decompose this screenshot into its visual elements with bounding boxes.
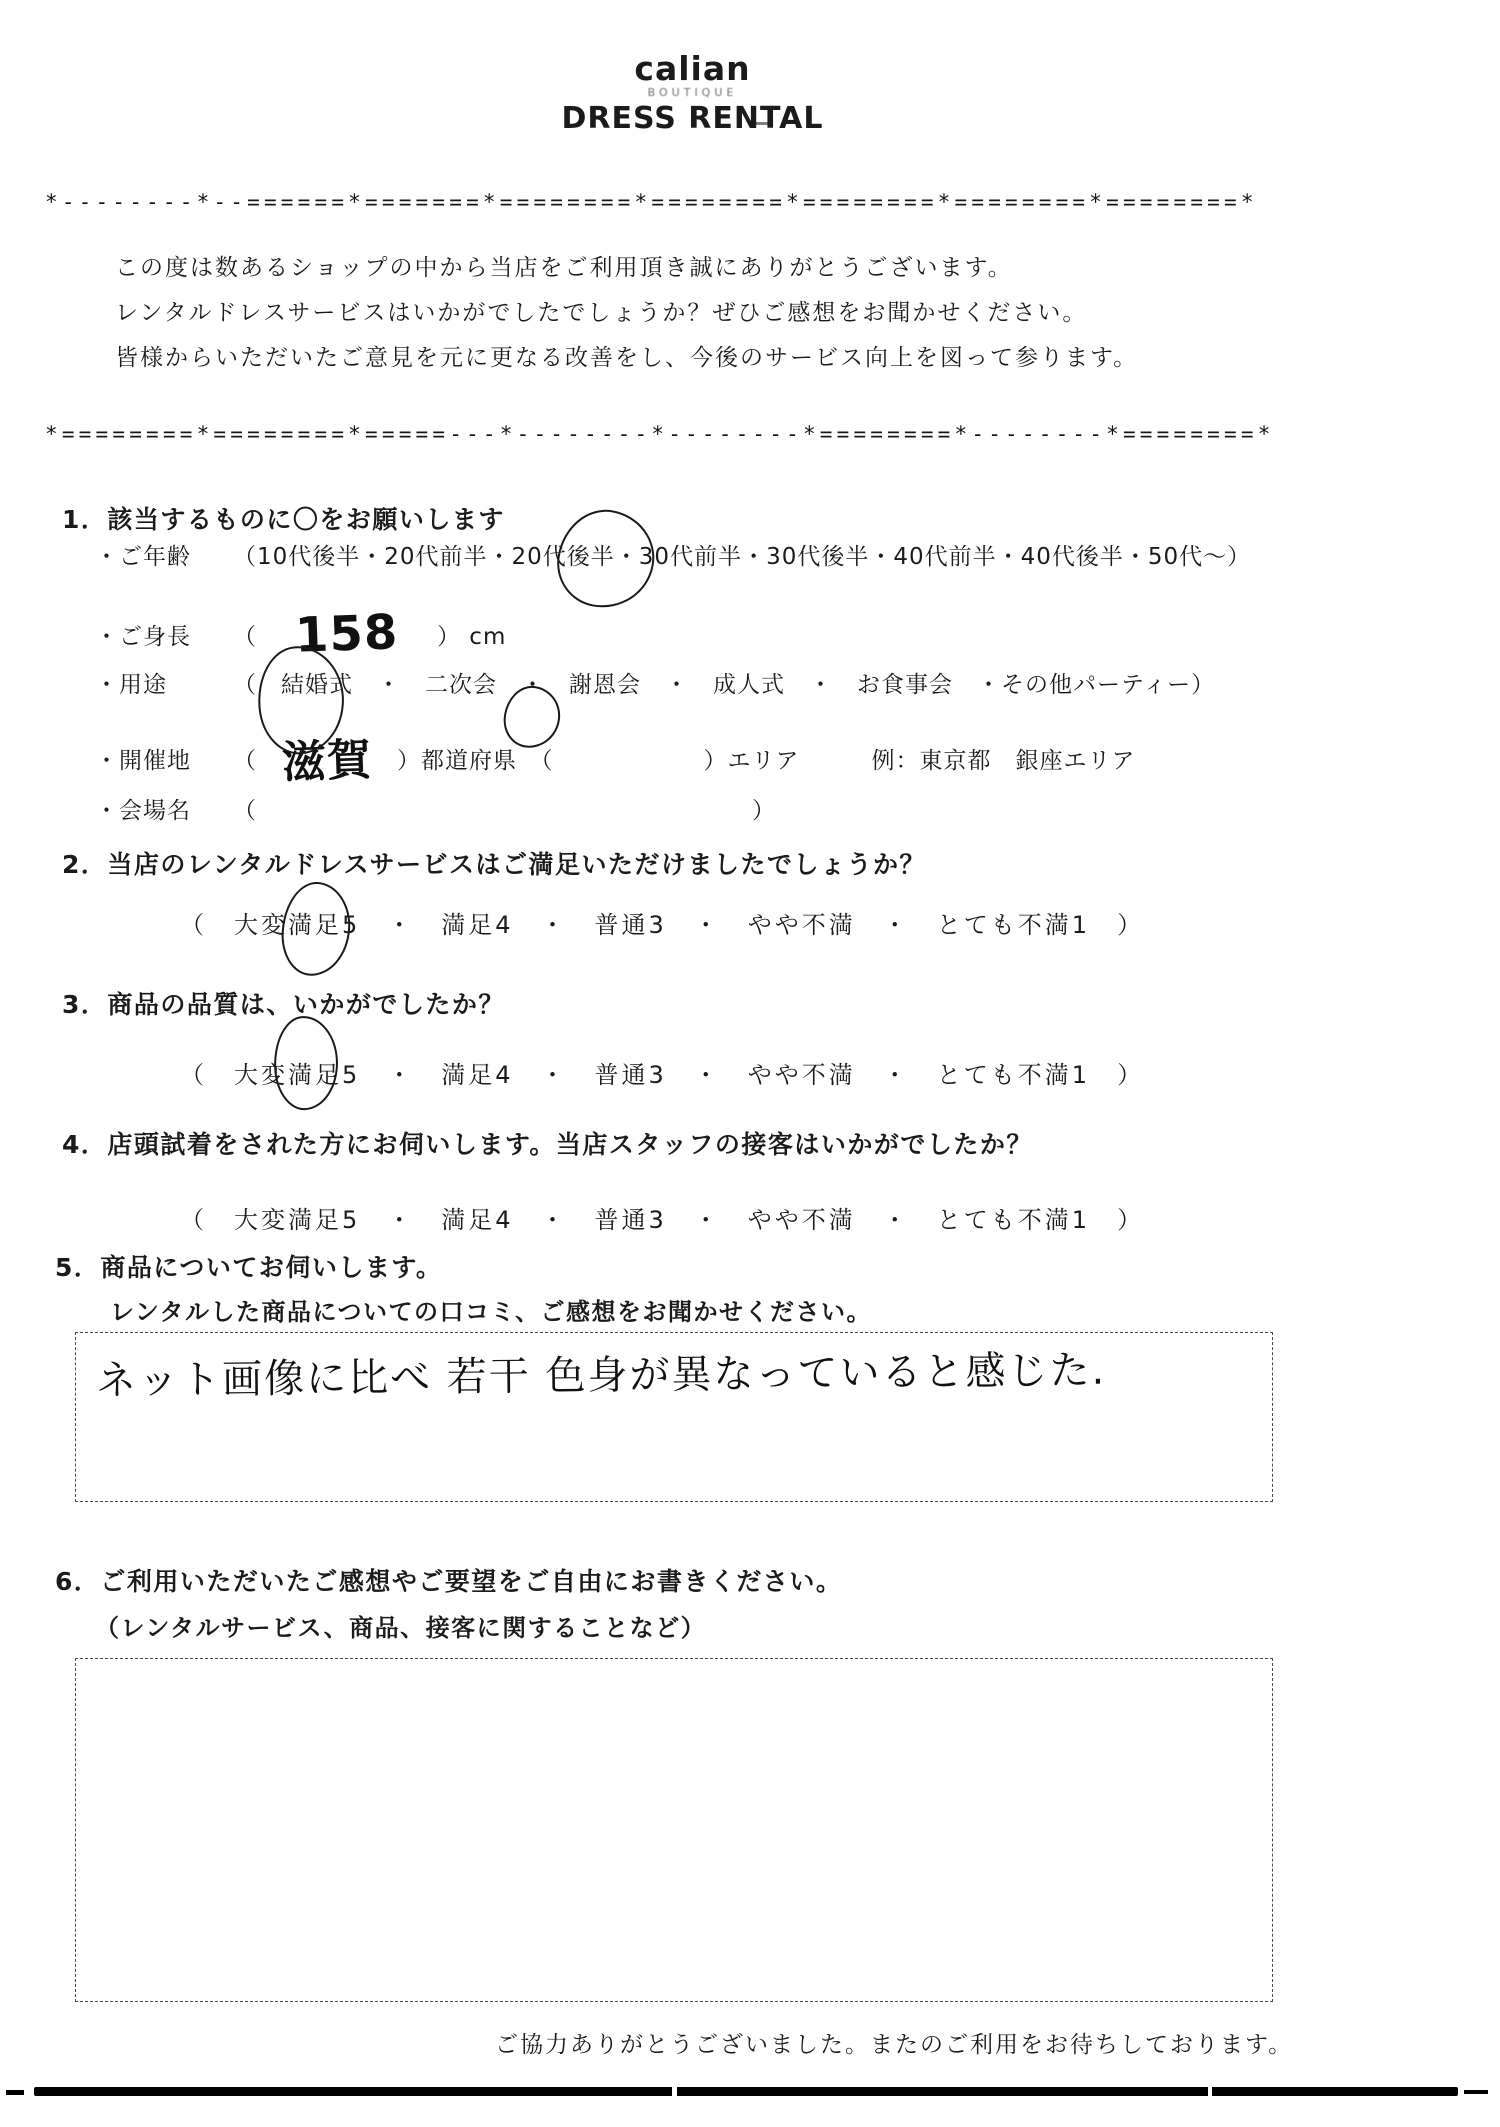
q3-title: 3．商品の品質は、いかがでしたか？ bbox=[62, 985, 505, 1021]
document-title: DRESS RENTAL bbox=[0, 101, 1385, 137]
q1-venue-label: ・開催地 bbox=[95, 746, 233, 776]
q1-age-options: （10代後半・20代前半・20代後半・30代前半・30代後半・40代前半・40代… bbox=[233, 544, 1251, 570]
q4-title: 4．店頭試着をされた方にお伺いします。当店スタッフの接客はいかがでしたか？ bbox=[62, 1125, 1033, 1161]
q1-venue-name-paren-open: （ bbox=[233, 798, 257, 824]
scanned-survey-page: calian BOUTIQUE DRESS RENTAL *--------*-… bbox=[0, 0, 1500, 2127]
q1-venue-row: ・開催地（滋賀）都道府県 （）エリア例：東京都 銀座エリア bbox=[95, 732, 1136, 776]
handwriting-product-comment: ネット画像に比べ 若干 色身が異なっていると感じた. bbox=[96, 1337, 1273, 1406]
intro-line-2: レンタルドレスサービスはいかがでしたでしょうか？ぜひご感想をお聞かせください。 bbox=[115, 291, 1138, 336]
q6-title: 6．ご利用いただいたご感想やご要望をご自由にお書きください。 bbox=[55, 1562, 842, 1598]
q4-options: （ 大変満足5 ・ 満足4 ・ 普通3 ・ やや不満 ・ とても不満1 ） bbox=[180, 1205, 1144, 1235]
q1-age-row: ・ご年齢（10代後半・20代前半・20代後半・30代前半・30代後半・40代前半… bbox=[95, 542, 1251, 572]
divider-bottom: *========*========*=====---*--------*---… bbox=[45, 422, 1275, 446]
q1-height-answer-slot: 158 bbox=[257, 604, 437, 652]
q6-comment-box bbox=[75, 1658, 1273, 2002]
q5-comment-box: ネット画像に比べ 若干 色身が異なっていると感じた. bbox=[75, 1332, 1273, 1502]
q1-title: 1．該当するものに〇をお願いします bbox=[62, 500, 505, 536]
q1-venue-paren-open: （ bbox=[233, 748, 257, 774]
q1-venue-name-paren-close: ） bbox=[752, 798, 776, 824]
q6-subtitle: （レンタルサービス、商品、接客に関することなど） bbox=[95, 1608, 706, 1643]
intro-paragraph: この度は数あるショップの中から当店をご利用頂き誠にありがとうございます。 レンタ… bbox=[115, 246, 1138, 381]
q2-title: 2．当店のレンタルドレスサービスはご満足いただけましたでしょうか？ bbox=[62, 845, 926, 881]
scan-edge-gap bbox=[672, 2087, 677, 2096]
q1-height-row: ・ご身長（158） cm bbox=[95, 604, 506, 652]
header: calian BOUTIQUE DRESS RENTAL bbox=[0, 52, 1385, 137]
q1-venue-name-label: ・会場名 bbox=[95, 796, 233, 826]
q1-venue-paren2-close: ）エリア bbox=[704, 748, 800, 774]
q1-venue-name-row: ・会場名（） bbox=[95, 796, 776, 826]
q1-venue-example: 例：東京都 銀座エリア bbox=[872, 748, 1136, 774]
q1-venue-prefecture-text: ）都道府県 bbox=[397, 748, 517, 774]
q5-title: 5．商品についてお伺いします。 bbox=[55, 1248, 442, 1284]
q1-purpose-options: （ 結婚式 ・ 二次会 ・ 謝恩会 ・ 成人式 ・ お食事会 ・その他パーティー… bbox=[233, 672, 1215, 698]
q1-height-paren-close: ） cm bbox=[437, 624, 506, 650]
scan-edge-artifact-right bbox=[1464, 2090, 1488, 2094]
q1-age-label: ・ご年齢 bbox=[95, 542, 233, 572]
q1-venue-paren2-open: （ bbox=[517, 748, 554, 774]
circle-mark-age-20s-late bbox=[550, 502, 662, 615]
scan-noise-speck bbox=[755, 122, 768, 125]
q1-purpose-label: ・用途 bbox=[95, 670, 233, 700]
brand-logo-subtext: BOUTIQUE bbox=[0, 86, 1385, 99]
scan-edge-artifact-left bbox=[6, 2090, 24, 2095]
footer-thanks: ご協力ありがとうございました。またのご利用をお待ちしております。 bbox=[495, 2026, 1293, 2059]
q1-height-paren-open: （ bbox=[233, 624, 257, 650]
q6-comment-empty bbox=[96, 1663, 1272, 1675]
circle-mark-q3-very-satisfied bbox=[272, 1014, 341, 1111]
brand-logo: calian bbox=[0, 52, 1385, 86]
intro-line-3: 皆様からいただいたご意見を元に更なる改善をし、今後のサービス向上を図って参ります… bbox=[115, 336, 1138, 381]
scan-edge-artifact-line bbox=[34, 2087, 1458, 2096]
divider-top: *--------*--======*=======*========*====… bbox=[45, 190, 1258, 214]
intro-line-1: この度は数あるショップの中から当店をご利用頂き誠にありがとうございます。 bbox=[115, 246, 1138, 291]
scan-edge-gap bbox=[1208, 2087, 1212, 2096]
circle-mark-q2-very-satisfied bbox=[279, 880, 353, 979]
q5-subtitle: レンタルした商品についての口コミ、ご感想をお聞かせください。 bbox=[110, 1292, 872, 1327]
q1-height-label: ・ご身長 bbox=[95, 622, 233, 652]
